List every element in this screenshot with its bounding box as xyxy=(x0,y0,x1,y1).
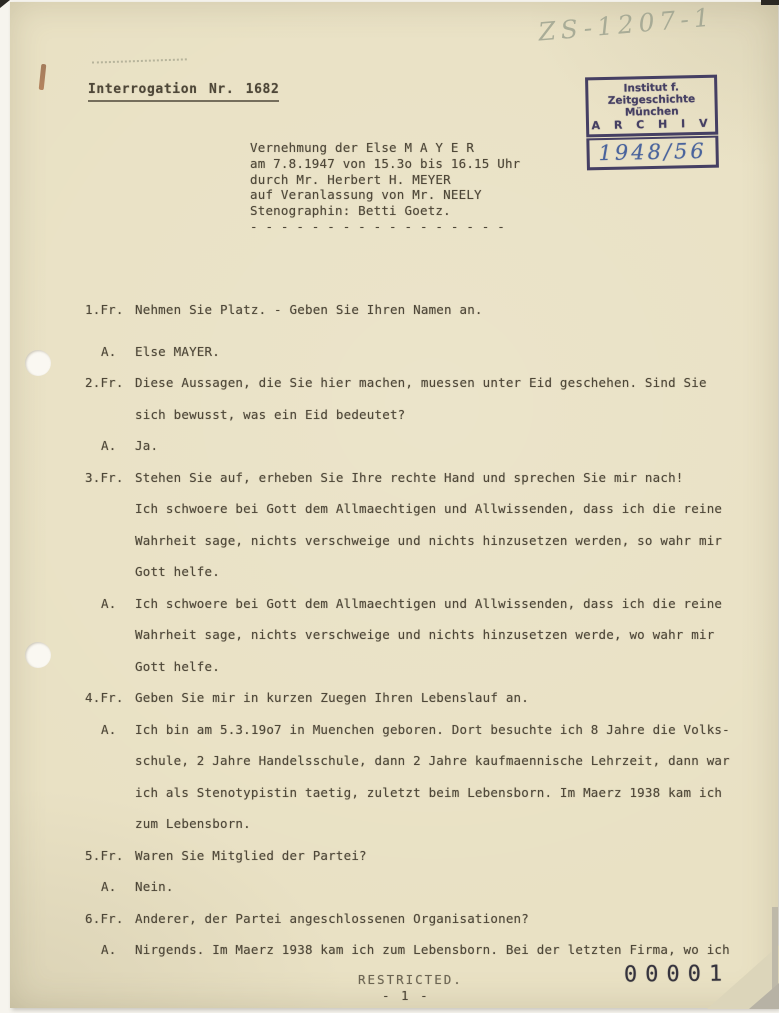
punch-hole-bottom xyxy=(25,642,51,668)
qa-label: A. xyxy=(85,588,135,620)
qa-list: 1.Fr. Nehmen Sie Platz. - Geben Sie Ihre… xyxy=(85,294,733,966)
qa-label: A. xyxy=(85,336,135,368)
qa-text: Nehmen Sie Platz. - Geben Sie Ihren Name… xyxy=(135,294,733,326)
archive-stamp: Institut f. Zeitgeschichte München A R C… xyxy=(585,75,719,171)
header-datetime-line: am 7.8.1947 von 15.3o bis 16.15 Uhr xyxy=(250,156,520,172)
header-authority-line: auf Veranlassung von Mr. NEELY xyxy=(250,187,520,203)
qa-entry: A. Nein. xyxy=(85,871,733,903)
qa-entry: A. Ich schwoere bei Gott dem Allmaechtig… xyxy=(85,588,733,683)
qa-entry: 1.Fr. Nehmen Sie Platz. - Geben Sie Ihre… xyxy=(85,294,733,326)
pencil-mark xyxy=(92,58,187,70)
qa-entry: A. Nirgends. Im Maerz 1938 kam ich zum L… xyxy=(85,934,733,966)
qa-label: 6.Fr. xyxy=(85,903,135,935)
interrogation-header: Vernehmung der Else M A Y E R am 7.8.194… xyxy=(250,140,520,235)
classification-marking: RESTRICTED. xyxy=(358,972,463,987)
scan-edge-artifact-right xyxy=(761,0,779,5)
qa-label: A. xyxy=(85,430,135,462)
header-subject-line: Vernehmung der Else M A Y E R xyxy=(250,140,520,156)
qa-text: Anderer, der Partei angeschlossenen Orga… xyxy=(135,903,733,935)
qa-label: A. xyxy=(85,714,135,746)
scan-edge-artifact-left xyxy=(0,0,10,8)
qa-entry: A. Ich bin am 5.3.19o7 in Muenchen gebor… xyxy=(85,714,733,840)
qa-entry: 2.Fr. Diese Aussagen, die Sie hier mache… xyxy=(85,367,733,430)
header-stenographer-line: Stenographin: Betti Goetz. xyxy=(250,203,520,219)
qa-text: Geben Sie mir in kurzen Zuegen Ihren Leb… xyxy=(135,682,733,714)
qa-label: 3.Fr. xyxy=(85,462,135,494)
qa-entry: 4.Fr. Geben Sie mir in kurzen Zuegen Ihr… xyxy=(85,682,733,714)
qa-text: Else MAYER. xyxy=(135,336,733,368)
qa-label: 1.Fr. xyxy=(85,294,135,326)
qa-text: Stehen Sie auf, erheben Sie Ihre rechte … xyxy=(135,462,733,588)
qa-entry: A. Ja. xyxy=(85,430,733,462)
header-interrogator-line: durch Mr. Herbert H. MEYER xyxy=(250,172,520,188)
document-title: Interrogation Nr. 1682 xyxy=(88,82,279,102)
page-number: - 1 - xyxy=(382,988,430,1003)
qa-label: A. xyxy=(85,871,135,903)
qa-text: Ich bin am 5.3.19o7 in Muenchen geboren.… xyxy=(135,714,733,840)
qa-text: Diese Aussagen, die Sie hier machen, mue… xyxy=(135,367,733,430)
document-page: ZS-1207-1 Interrogation Nr. 1682 Institu… xyxy=(10,2,778,1008)
qa-text: Ja. xyxy=(135,430,733,462)
qa-entry: A. Else MAYER. xyxy=(85,336,733,368)
qa-text: Nein. xyxy=(135,871,733,903)
qa-text: Waren Sie Mitglied der Partei? xyxy=(135,840,733,872)
archive-reference-annotation: ZS-1207-1 xyxy=(537,2,716,46)
qa-entry: 3.Fr. Stehen Sie auf, erheben Sie Ihre r… xyxy=(85,462,733,588)
header-dash-rule: - - - - - - - - - - - - - - - - - xyxy=(250,219,520,235)
qa-label: 4.Fr. xyxy=(85,682,135,714)
qa-entry: 6.Fr. Anderer, der Partei angeschlossene… xyxy=(85,903,733,935)
stamp-line-institute: Institut f. Zeitgeschichte xyxy=(590,81,712,108)
stamp-line-archiv: A R C H I V xyxy=(591,117,713,133)
archive-stamp-institution: Institut f. Zeitgeschichte München A R C… xyxy=(585,75,718,138)
archive-stamp-number-box: 1948/56 xyxy=(586,136,719,171)
page-edge-strip xyxy=(772,907,778,1008)
qa-entry: 5.Fr. Waren Sie Mitglied der Partei? xyxy=(85,840,733,872)
qa-label: 5.Fr. xyxy=(85,840,135,872)
archive-accession-number: 1948/56 xyxy=(598,139,707,165)
qa-label: A. xyxy=(85,934,135,966)
rust-stain xyxy=(39,64,47,90)
punch-hole-top xyxy=(25,350,51,376)
qa-label: 2.Fr. xyxy=(85,367,135,399)
qa-text: Ich schwoere bei Gott dem Allmaechtigen … xyxy=(135,588,733,683)
qa-text: Nirgends. Im Maerz 1938 kam ich zum Lebe… xyxy=(135,934,733,966)
